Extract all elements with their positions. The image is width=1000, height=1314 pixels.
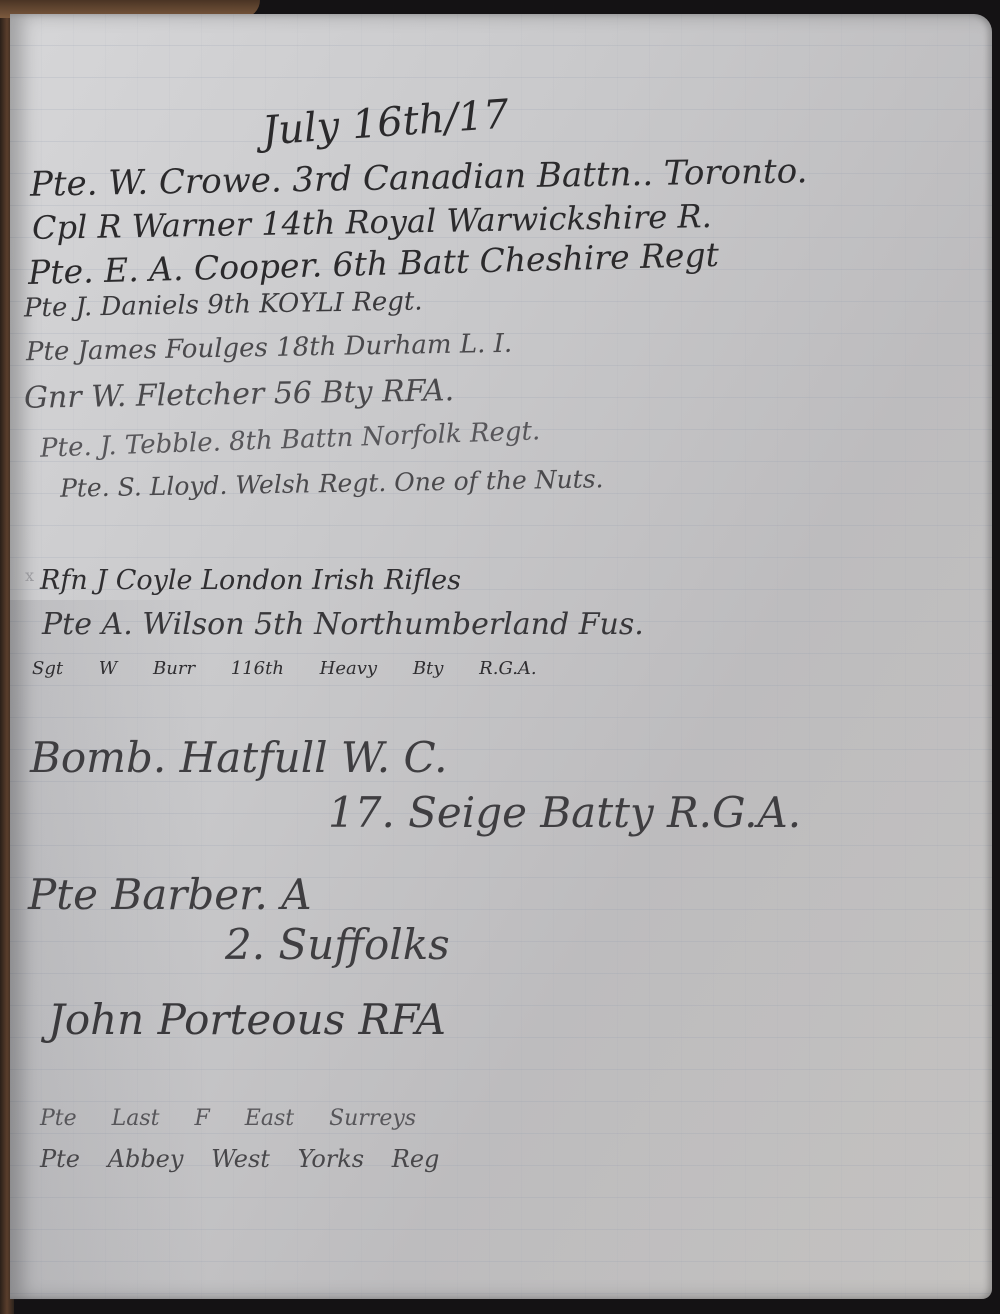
entry-barber-unit: 2. Suffolks	[225, 920, 450, 969]
entry-hatfull-name: Bomb. Hatfull W. C.	[30, 733, 447, 782]
entry-coyle: Rfn J Coyle London Irish Rifles	[40, 565, 461, 596]
margin-mark: x	[25, 566, 34, 585]
entry-porteous: John Porteous RFA	[48, 995, 446, 1044]
entry-barber-name: Pte Barber. A	[28, 870, 312, 919]
entry-abbey: Pte Abbey West Yorks Reg	[40, 1145, 439, 1173]
entry-hatfull-unit: 17. Seige Batty R.G.A.	[328, 788, 801, 837]
entry-wilson: Pte A. Wilson 5th Northumberland Fus.	[42, 607, 644, 642]
entry-last: Pte Last F East Surreys	[40, 1106, 416, 1131]
entry-burr: Sgt W Burr 116th Heavy Bty R.G.A.	[32, 658, 537, 679]
